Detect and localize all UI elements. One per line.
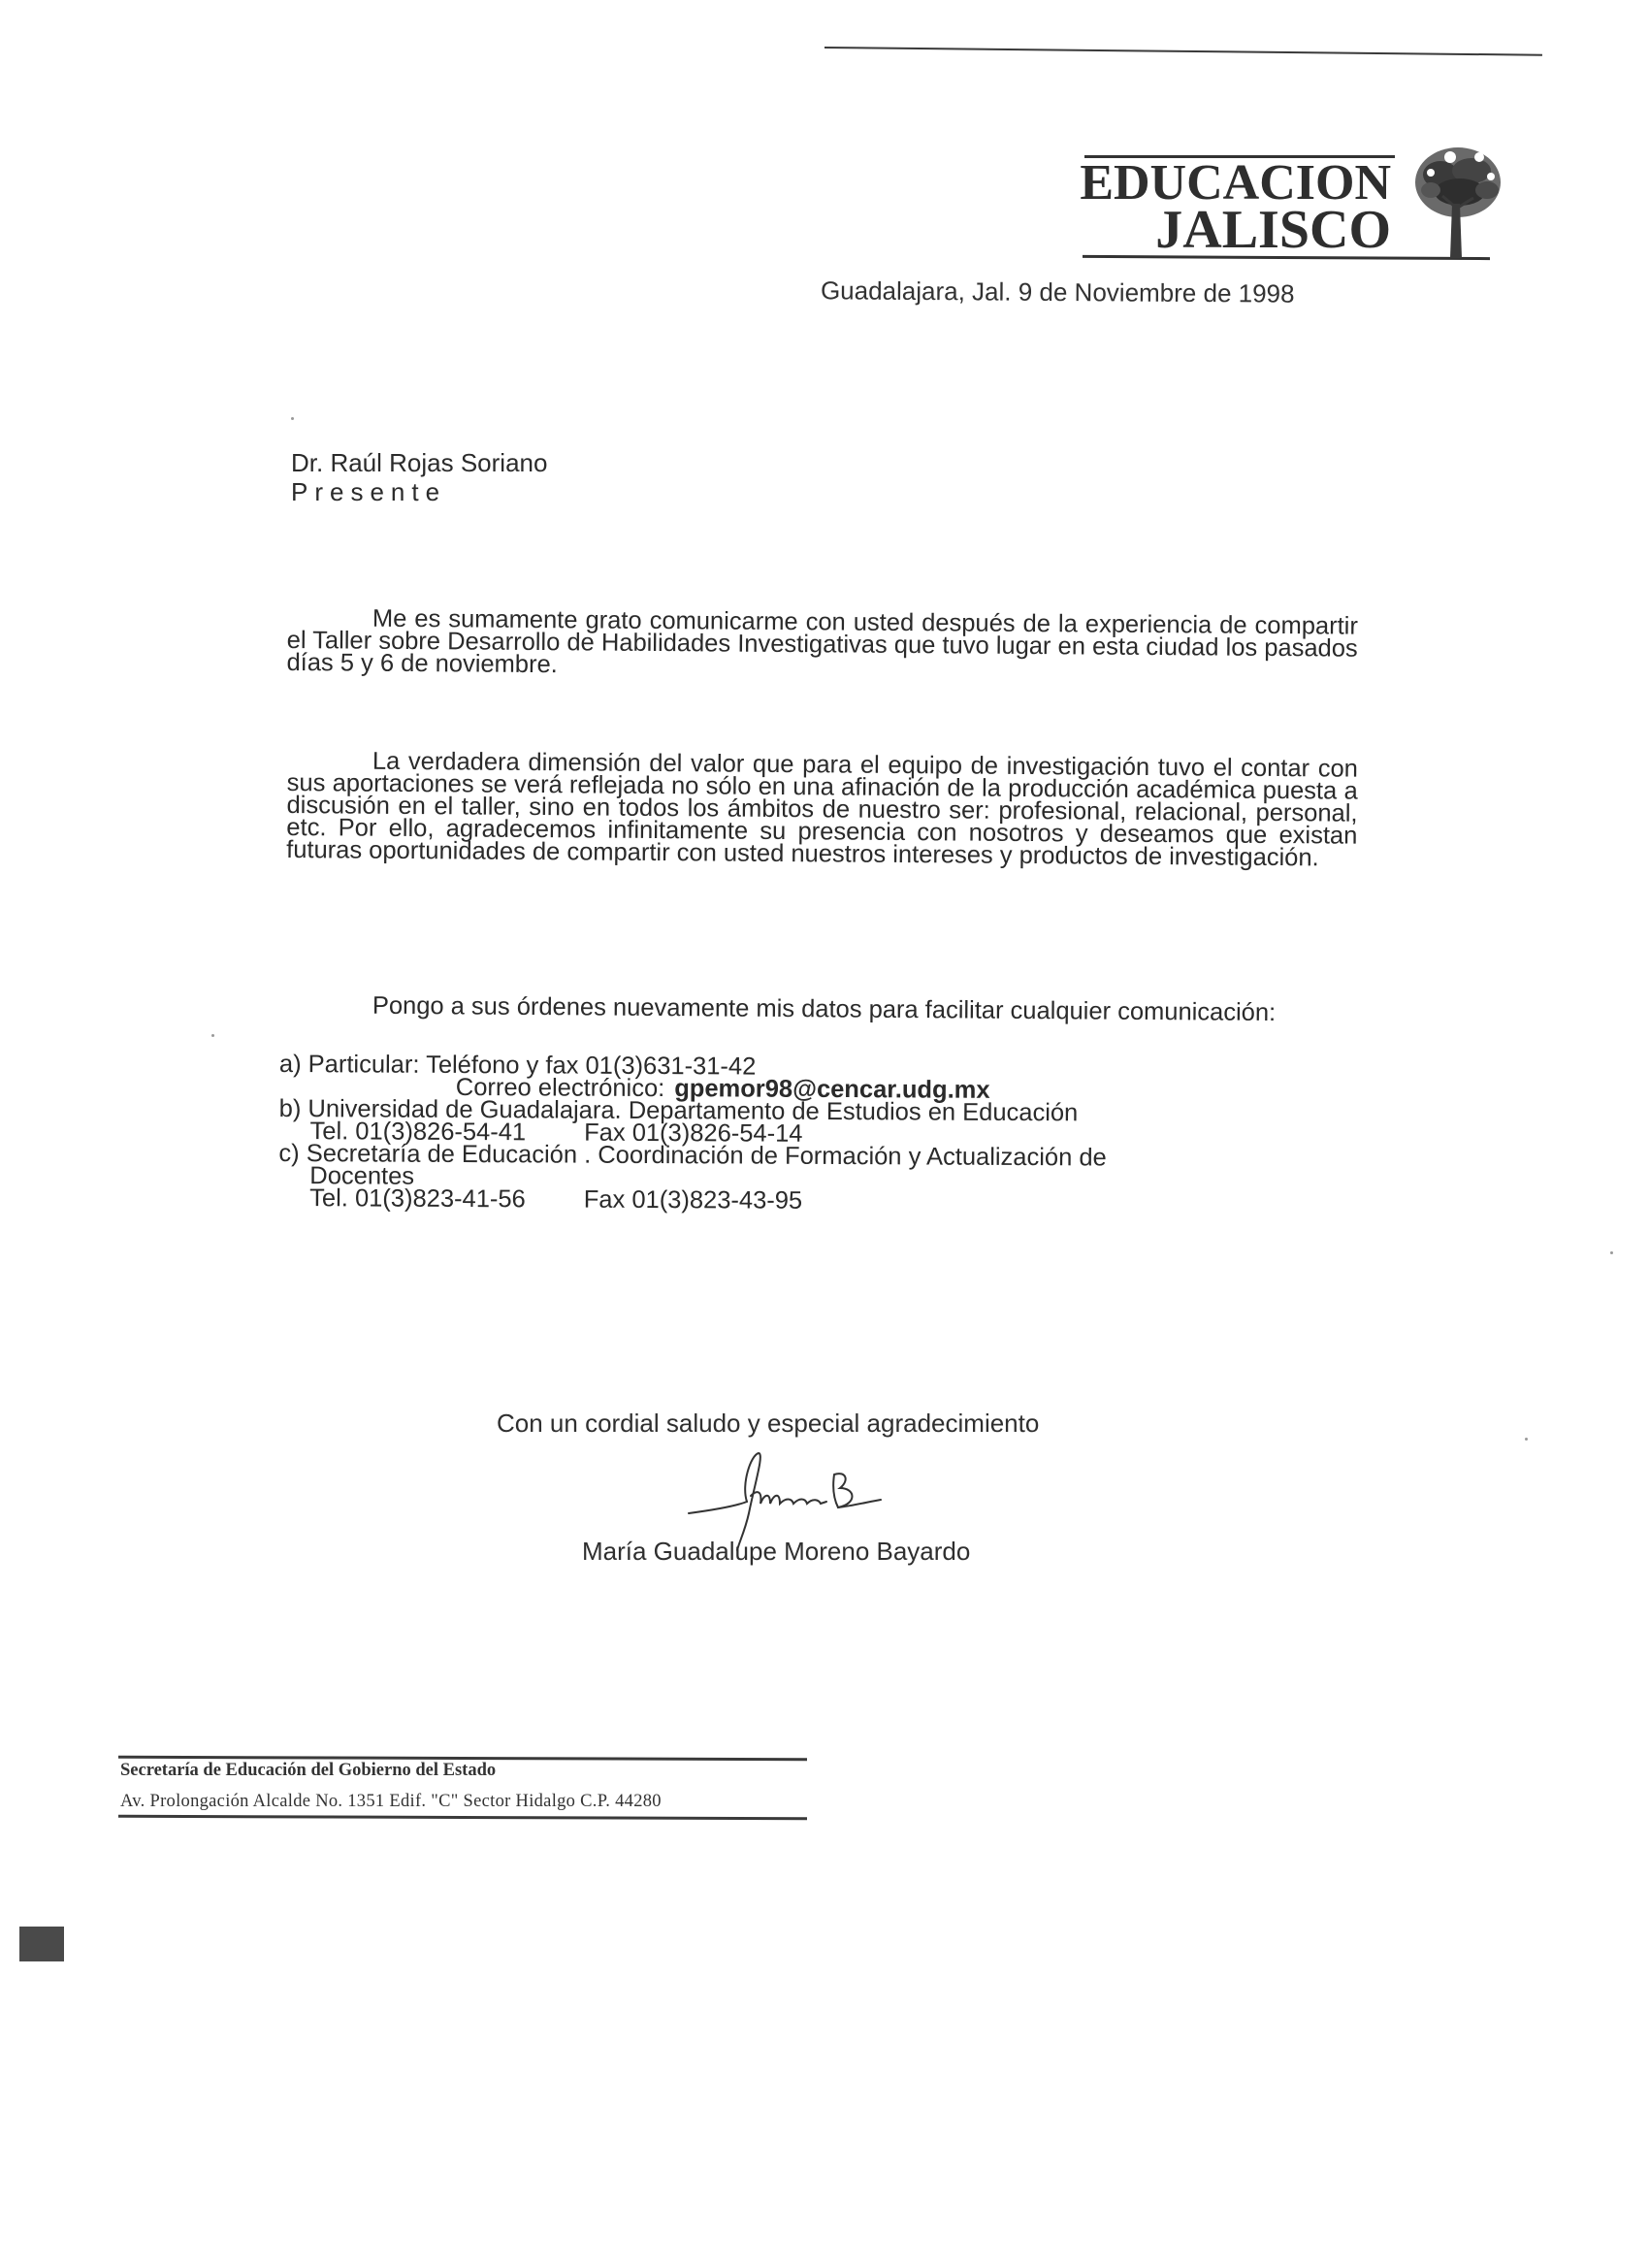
date-line: Guadalajara, Jal. 9 de Noviembre de 1998 <box>821 275 1295 308</box>
addressee-block: Dr. Raúl Rojas Soriano Presente <box>291 448 547 506</box>
footer-organization: Secretaría de Educación del Gobierno del… <box>120 1761 496 1781</box>
scan-speck <box>291 417 294 420</box>
contact-c-fax: Fax 01(3)823-43-95 <box>584 1186 803 1215</box>
tree-icon <box>1402 136 1513 262</box>
closing-text: Con un cordial saludo y especial agradec… <box>497 1409 1039 1439</box>
scan-speck <box>211 1034 214 1037</box>
footer-rule-bottom <box>118 1815 807 1820</box>
scan-speck <box>1525 1438 1528 1441</box>
footer-address: Av. Prolongación Alcalde No. 1351 Edif. … <box>120 1792 662 1812</box>
contact-c-tel: Tel. 01(3)823-41-56 <box>309 1184 526 1213</box>
body-paragraph-3: Pongo a sus órdenes nuevamente mis datos… <box>287 994 1358 1025</box>
body-paragraph-2: La verdadera dimensión del valor que par… <box>286 750 1358 870</box>
scan-artifact-block <box>19 1927 64 1961</box>
signer-name: María Guadalupe Moreno Bayardo <box>582 1537 970 1567</box>
letterhead-line2: JALISCO <box>1079 203 1391 257</box>
letterhead-logo: EDUCACION JALISCO <box>1079 158 1391 257</box>
contact-c: c) Secretaría de Educación . Coordinació… <box>278 1143 1345 1171</box>
scan-speck <box>1610 1251 1613 1254</box>
paragraph-text: Pongo a sus órdenes nuevamente mis datos… <box>287 994 1358 1025</box>
scan-artifact-line <box>824 47 1542 56</box>
body-paragraph-1: Me es sumamente grato comunicarme con us… <box>286 607 1358 683</box>
addressee-name: Dr. Raúl Rojas Soriano <box>291 448 547 477</box>
addressee-salutation: Presente <box>291 477 547 506</box>
contact-c-numbers: Tel. 01(3)823-41-56Fax 01(3)823-43-95 <box>278 1187 1345 1215</box>
paragraph-text: Me es sumamente grato comunicarme con us… <box>286 607 1358 683</box>
contact-list: a) Particular: Teléfono y fax 01(3)631-3… <box>278 1053 1346 1215</box>
paragraph-text: La verdadera dimensión del valor que par… <box>286 750 1358 870</box>
